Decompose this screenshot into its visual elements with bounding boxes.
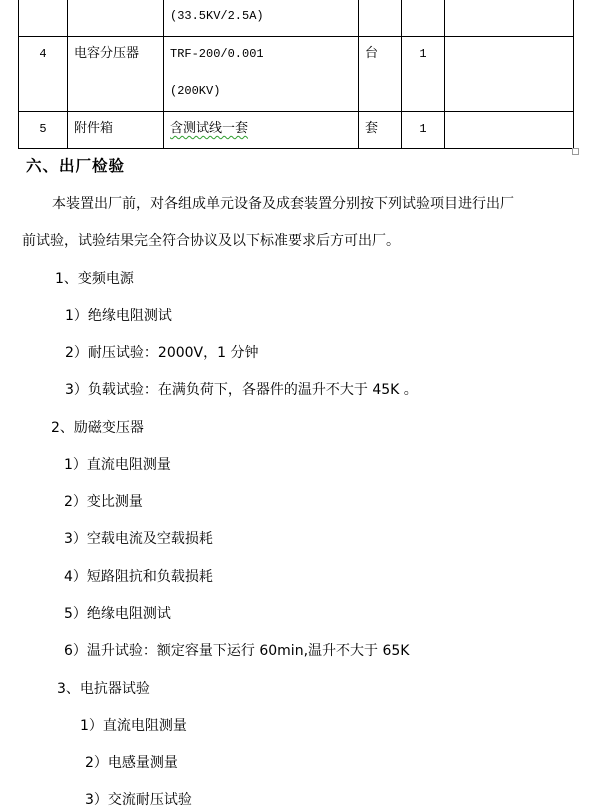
table-resize-handle[interactable]	[572, 148, 579, 155]
cell-no	[19, 0, 68, 37]
list-item: 4）短路阻抗和负载损耗	[64, 568, 213, 586]
row-number: 5	[19, 112, 67, 138]
quantity: 1	[402, 112, 444, 138]
cell-unit: 套	[359, 112, 402, 149]
table-row: 5 附件箱 含测试线一套 套 1	[19, 112, 574, 149]
cell-unit	[359, 0, 402, 37]
quantity: 1	[402, 37, 444, 63]
list-item: 1）直流电阻测量	[80, 717, 187, 735]
cell-qty	[402, 0, 445, 37]
spec-line: TRF-200/0.001	[170, 37, 358, 63]
section-heading: 六、出厂检验	[26, 157, 125, 175]
unit: 套	[365, 112, 401, 138]
item-name: 电容分压器	[74, 37, 163, 63]
item-name: 附件箱	[74, 112, 163, 138]
list-item: 3）负载试验：在满负荷下，各器件的温升不大于 45K 。	[65, 381, 418, 399]
list-item: 3）空载电流及空载损耗	[64, 530, 213, 548]
cell-name: 电容分压器	[68, 37, 164, 112]
intro-paragraph-line-1: 本装置出厂前，对各组成单元设备及成套装置分别按下列试验项目进行出厂	[52, 195, 514, 213]
spec-line: 含测试线一套	[170, 121, 248, 136]
intro-paragraph-line-2: 前试验，试验结果完全符合协议及以下标准要求后方可出厂。	[22, 232, 400, 250]
spec-line: (200KV)	[170, 63, 358, 100]
list-item: 1）直流电阻测量	[64, 456, 171, 474]
cell-qty: 1	[402, 112, 445, 149]
list-item: 2）耐压试验：2000V，1 分钟	[65, 344, 258, 362]
list-item: 2）电感量测量	[85, 754, 178, 772]
cell-name	[68, 0, 164, 37]
cell-spec: TRF-200/0.001 (200KV)	[164, 37, 359, 112]
cell-remark	[445, 112, 574, 149]
group-title: 2、励磁变压器	[51, 419, 144, 437]
list-item: 5）绝缘电阻测试	[64, 605, 171, 623]
group-title: 1、变频电源	[55, 270, 134, 288]
list-item: 3）交流耐压试验	[85, 791, 192, 809]
cell-spec: (33.5KV/2.5A)	[164, 0, 359, 37]
list-item: 2）变比测量	[64, 493, 143, 511]
cell-name: 附件箱	[68, 112, 164, 149]
cell-unit: 台	[359, 37, 402, 112]
cell-no: 5	[19, 112, 68, 149]
unit: 台	[365, 37, 401, 63]
group-title: 3、电抗器试验	[57, 680, 150, 698]
table-row: (33.5KV/2.5A)	[19, 0, 574, 37]
list-item: 1）绝缘电阻测试	[65, 307, 172, 325]
cell-spec: 含测试线一套	[164, 112, 359, 149]
cell-remark	[445, 37, 574, 112]
equipment-table: (33.5KV/2.5A) 4 电容分压器 TRF-200/0.001 (200…	[18, 0, 574, 149]
row-number: 4	[19, 37, 67, 63]
list-item: 6）温升试验：额定容量下运行 60min,温升不大于 65K	[64, 642, 409, 660]
cell-no: 4	[19, 37, 68, 112]
table-row: 4 电容分压器 TRF-200/0.001 (200KV) 台 1	[19, 37, 574, 112]
cell-qty: 1	[402, 37, 445, 112]
spec-line: (33.5KV/2.5A)	[170, 0, 358, 25]
cell-remark	[445, 0, 574, 37]
